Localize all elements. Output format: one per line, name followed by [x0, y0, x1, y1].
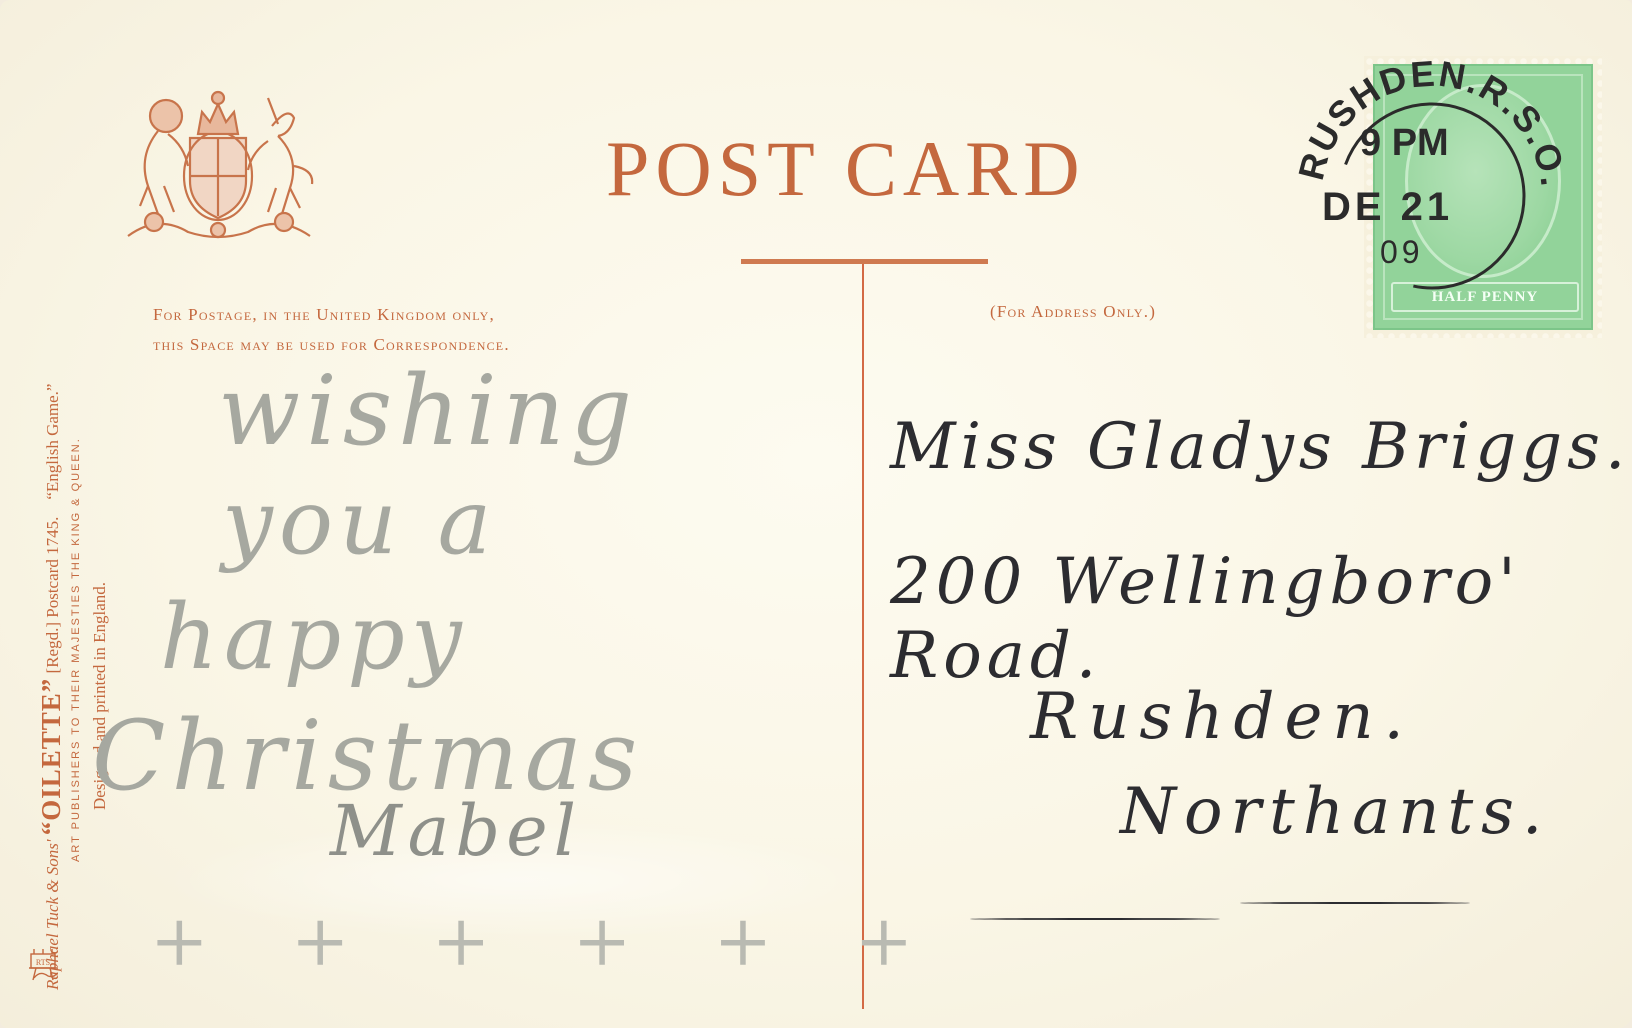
correspondence-note-line1: For Postage, in the United Kingdom only, [153, 300, 510, 330]
correspondence-note: For Postage, in the United Kingdom only,… [153, 300, 510, 360]
message-line: you a [222, 470, 497, 575]
publisher-imprint: Raphael Tuck & Sons' “OILETTE” [Regd.] P… [0, 0, 120, 1028]
svg-text:RTS: RTS [36, 958, 50, 967]
address-line: Rushden. [1030, 680, 1414, 754]
imprint-royal-line: ART PUBLISHERS TO THEIR MAJESTIES THE KI… [70, 437, 82, 862]
imprint-title: “English Game.” [43, 384, 62, 500]
address-line: Miss Gladys Briggs. [890, 410, 1630, 484]
postmark-year: 09 [1380, 234, 1424, 271]
imprint-main-line: Raphael Tuck & Sons' “OILETTE” [Regd.] P… [36, 384, 67, 990]
message-signature: Mabel [330, 790, 582, 872]
royal-coat-of-arms-icon [118, 86, 318, 246]
message-kisses: + + + + + + [150, 900, 943, 982]
imprint-series: “OILETTE” [36, 678, 66, 836]
postcard-title: POST CARD [606, 130, 1086, 208]
title-rule [741, 259, 988, 264]
postmark-date: DE 21 [1322, 185, 1453, 230]
message-line: wishing [218, 355, 638, 467]
address-line: Northants. [1120, 775, 1550, 849]
imprint-reg: [Regd.] Postcard 1745. [43, 517, 62, 674]
address-line: 200 Wellingboro' Road. [890, 545, 1632, 693]
address-underline [970, 918, 1220, 920]
address-only-note: (For Address Only.) [990, 302, 1156, 322]
postmark-time: 9 PM [1360, 122, 1449, 165]
message-line: happy [160, 585, 468, 690]
postcard-back: Raphael Tuck & Sons' “OILETTE” [Regd.] P… [0, 0, 1632, 1028]
address-underline [1240, 902, 1470, 904]
tuck-easel-logo-icon: RTS [26, 946, 60, 982]
